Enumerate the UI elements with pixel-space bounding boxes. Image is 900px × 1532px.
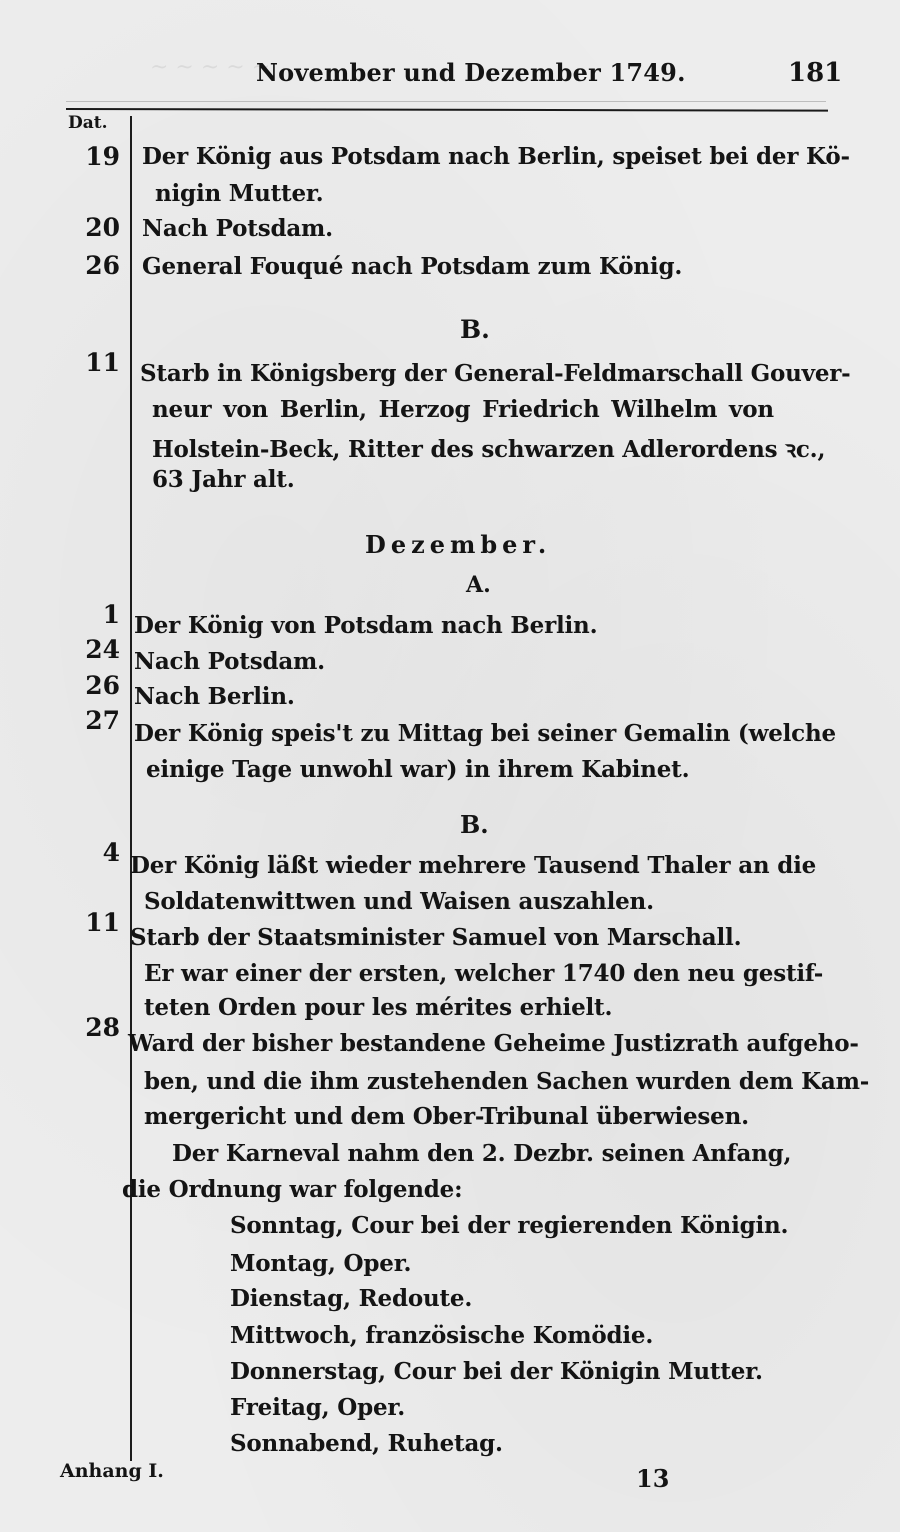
entry-date: 28 [85, 1013, 120, 1042]
entry-text: 63 Jahr alt. [152, 466, 295, 493]
entry-text: einige Tage unwohl war) in ihrem Kabinet… [146, 756, 689, 783]
entry-text: Der König speis't zu Mittag bei seiner G… [134, 720, 836, 747]
entry-text: nigin Mutter. [155, 180, 324, 207]
page-header: November und Dezember 1749. 181 [0, 56, 900, 96]
section-label-b: B. [460, 810, 489, 839]
entry-text: Der König läßt wieder mehrere Tausend Th… [130, 852, 816, 879]
entry-date: 11 [85, 348, 120, 377]
entry-text: neur von Berlin, Herzog Friedrich Wilhel… [152, 396, 774, 423]
page-number: 181 [788, 58, 842, 88]
entry-text: Der König von Potsdam nach Berlin. [134, 612, 597, 639]
entry-text: mergericht und dem Ober-Tribunal überwie… [144, 1103, 749, 1130]
entry-date: 26 [85, 671, 120, 700]
entry-text: Starb der Staatsminister Samuel von Mars… [130, 924, 741, 951]
entry-date: 11 [85, 908, 120, 937]
signature-mark: Anhang I. [60, 1460, 164, 1482]
entry-text: teten Orden pour les mérites erhielt. [144, 994, 612, 1021]
entry-text: Nach Berlin. [134, 683, 295, 710]
header-rule-thick [66, 108, 828, 112]
entry-date: 24 [85, 635, 120, 664]
entry-text: General Fouqué nach Potsdam zum König. [142, 253, 682, 280]
entry-date: 4 [103, 838, 120, 867]
carnival-schedule-item: Sonnabend, Ruhetag. [230, 1430, 503, 1457]
carnival-schedule-item: Freitag, Oper. [230, 1394, 405, 1421]
carnival-intro: die Ordnung war folgende: [122, 1176, 462, 1203]
carnival-schedule-item: Montag, Oper. [230, 1250, 411, 1277]
carnival-schedule-item: Mittwoch, französische Komödie. [230, 1322, 653, 1349]
section-label-b: B. [460, 315, 490, 344]
entry-text: Holstein-Beck, Ritter des schwarzen Adle… [152, 432, 825, 464]
sheet-number: 13 [636, 1464, 669, 1493]
carnival-schedule-item: Sonntag, Cour bei der regierenden Königi… [230, 1212, 788, 1239]
date-column-header: Dat. [68, 113, 108, 133]
entry-date: 26 [85, 251, 120, 280]
entry-text: ben, und die ihm zustehenden Sachen wurd… [144, 1068, 869, 1095]
carnival-schedule-item: Donnerstag, Cour bei der Königin Mutter. [230, 1358, 763, 1385]
entry-date: 1 [103, 600, 120, 629]
entry-text: Er war einer der ersten, welcher 1740 de… [144, 960, 823, 987]
entry-text: Starb in Königsberg der General-Feldmars… [140, 360, 851, 387]
running-title: November und Dezember 1749. [256, 58, 686, 87]
date-column-divider [130, 116, 132, 1461]
document-page: ~ ~ ~ ~ ~ November und Dezember 1749. 18… [0, 0, 900, 1532]
entry-date: 27 [85, 706, 120, 735]
entry-date: 19 [85, 142, 120, 171]
entry-text: Nach Potsdam. [142, 215, 333, 242]
entry-text: Nach Potsdam. [134, 648, 325, 675]
section-label-a: A. [466, 572, 491, 598]
month-heading: Dezember. [365, 530, 551, 559]
entry-date: 20 [85, 213, 120, 242]
header-rule-thin [66, 101, 826, 102]
carnival-intro: Der Karneval nahm den 2. Dezbr. seinen A… [172, 1140, 791, 1167]
entry-text: Ward der bisher bestandene Geheime Justi… [128, 1030, 859, 1057]
entry-text: Soldatenwittwen und Waisen auszahlen. [144, 888, 654, 915]
entry-text: Der König aus Potsdam nach Berlin, speis… [142, 143, 850, 170]
carnival-schedule-item: Dienstag, Redoute. [230, 1285, 472, 1312]
